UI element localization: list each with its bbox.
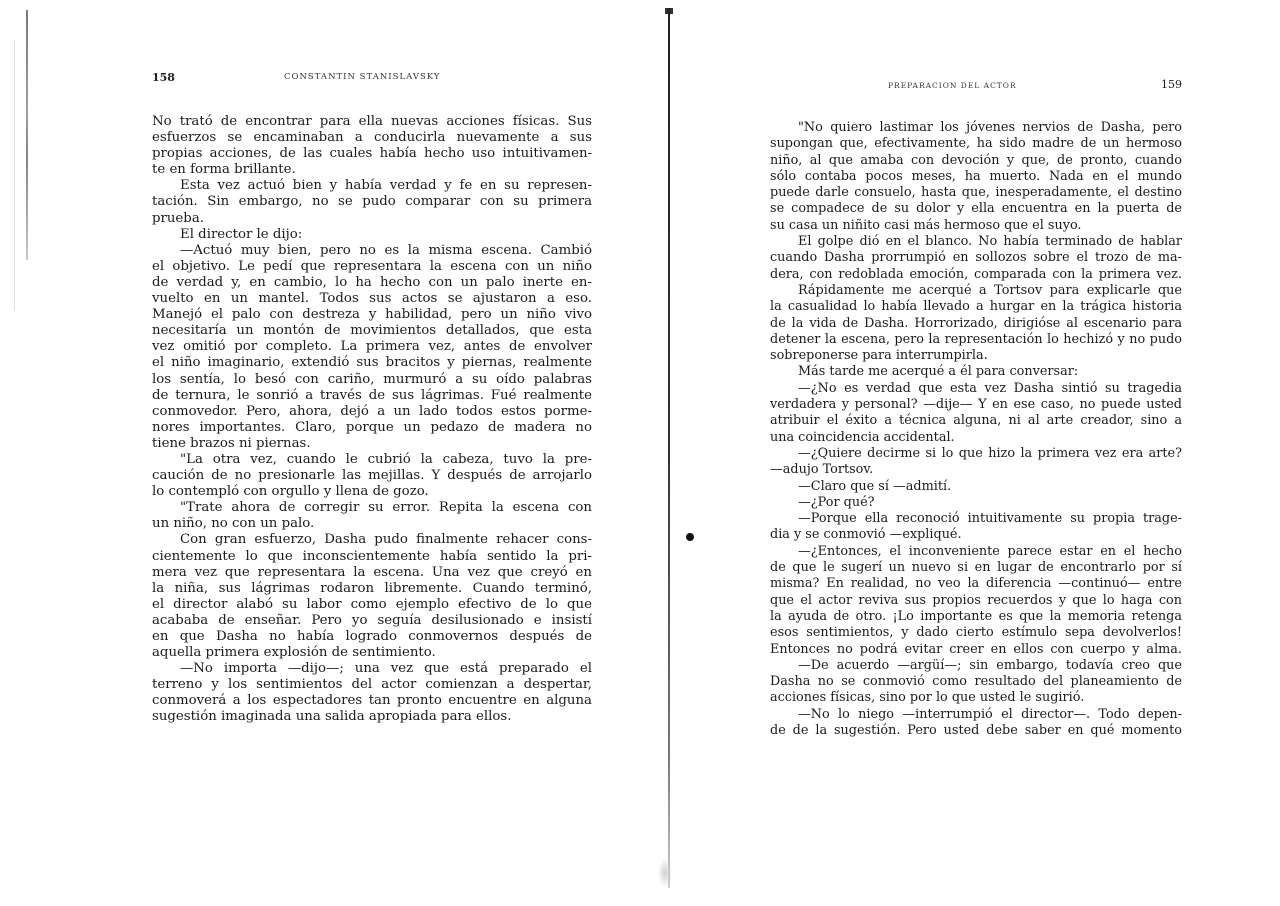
text-line: aquella primera explosión de sentimiento… [152, 645, 592, 661]
text-line: —Porque ella reconoció intuitivamente su… [770, 511, 1182, 527]
text-line: acciones físicas, sino por lo que usted … [770, 690, 1182, 706]
text-line: necesitaría un montón de movimientos det… [152, 323, 592, 339]
page-body: No trató de encontrar para ella nuevas a… [152, 114, 592, 726]
text-line: —Actuó muy bien, pero no es la misma esc… [152, 243, 592, 259]
page-number: 159 [1161, 78, 1182, 91]
text-line: "Trate ahora de corregir su error. Repit… [152, 500, 592, 516]
page-number: 158 [152, 71, 175, 84]
text-line: Con gran esfuerzo, Dasha pudo finalmente… [152, 532, 592, 548]
text-line: tiene brazos ni piernas. [152, 436, 592, 452]
text-line: Dasha no se conmovió como resultado del … [770, 674, 1182, 690]
text-line: en que Dasha no había logrado conmoverno… [152, 629, 592, 645]
text-line: dera, con redoblada emoción, comparada c… [770, 267, 1182, 283]
book-gutter-line [668, 8, 670, 888]
scan-edge-shadow [14, 40, 15, 310]
text-line: se compadece de su dolor y ella encuentr… [770, 201, 1182, 217]
text-line: No trató de encontrar para ella nuevas a… [152, 114, 592, 130]
text-line: prueba. [152, 211, 592, 227]
text-line: de ternura, le sonrió a través de sus lá… [152, 388, 592, 404]
text-line: detener la escena, pero la representació… [770, 332, 1182, 348]
text-line: de verdad y, en cambio, lo ha hecho con … [152, 275, 592, 291]
running-head: CONSTANTIN STANISLAVSKY [284, 72, 441, 82]
text-line: conmoverá a los espectadores tan pronto … [152, 693, 592, 709]
text-line: de la vida de Dasha. Horrorizado, dirigi… [770, 316, 1182, 332]
text-line: propias acciones, de las cuales había he… [152, 146, 592, 162]
text-line: cientemente lo que inconscientemente hab… [152, 549, 592, 565]
text-line: sugestión imaginada una salida apropiada… [152, 709, 592, 725]
text-line: El director le dijo: [152, 227, 592, 243]
text-line: un niño, no con un palo. [152, 516, 592, 532]
text-line: cuando Dasha prorrumpió en sollozos sobr… [770, 250, 1182, 266]
text-line: el niño imaginario, extendió sus bracito… [152, 355, 592, 371]
text-line: sobreponerse para interrumpirla. [770, 348, 1182, 364]
text-line: dia y se conmovió —expliqué. [770, 527, 1182, 543]
text-line: Rápidamente me acerqué a Tortsov para ex… [770, 283, 1182, 299]
scan-edge-artifact [26, 10, 28, 260]
text-line: atribuir el éxito a técnica alguna, ni a… [770, 413, 1182, 429]
text-line: —¿Quiere decirme si lo que hizo la prime… [770, 446, 1182, 462]
scanned-book-spread: 158 CONSTANTIN STANISLAVSKY No trató de … [0, 0, 1280, 906]
running-head: PREPARACION DEL ACTOR [888, 81, 1017, 90]
text-line: vez omitió por completo. La primera vez,… [152, 339, 592, 355]
text-line: tación. Sin embargo, no se pudo comparar… [152, 194, 592, 210]
text-line: —No lo niego —interrumpió el director—. … [770, 707, 1182, 723]
text-line: lo contempló con orgullo y llena de gozo… [152, 484, 592, 500]
text-line: "No quiero lastimar los jóvenes nervios … [770, 120, 1182, 136]
text-line: caución de no presionarle las mejillas. … [152, 468, 592, 484]
text-line: Manejó el palo con destreza y habilidad,… [152, 307, 592, 323]
text-line: supongan que, efectivamente, ha sido mad… [770, 136, 1182, 152]
text-line: te en forma brillante. [152, 162, 592, 178]
text-line: —¿Entonces, el inconveniente parece esta… [770, 544, 1182, 560]
text-line: nores importantes. Claro, porque un peda… [152, 420, 592, 436]
text-line: —¿Por qué? [770, 495, 1182, 511]
text-line: la casualidad lo había llevado a hurgar … [770, 299, 1182, 315]
text-line: su casa un niñito casi más hermoso que e… [770, 218, 1182, 234]
text-line: puede darle consuelo, hasta que, inesper… [770, 185, 1182, 201]
text-line: El golpe dió en el blanco. No había term… [770, 234, 1182, 250]
text-line: Entonces no podrá evitar creer en ellos … [770, 642, 1182, 658]
text-line: Esta vez actuó bien y había verdad y fe … [152, 178, 592, 194]
text-line: la niña, sus lágrimas rodaron libremente… [152, 581, 592, 597]
text-line: conmovedor. Pero, ahora, dejó a un lado … [152, 404, 592, 420]
text-line: terreno y los sentimientos del actor com… [152, 677, 592, 693]
text-line: los sentía, lo besó con cariño, murmuró … [152, 372, 592, 388]
text-line: mera vez que representara la escena. Una… [152, 565, 592, 581]
text-line: vuelto en un mantel. Todos sus actos se … [152, 291, 592, 307]
text-line: verdadera y personal? —dije— Y en ese ca… [770, 397, 1182, 413]
text-line: esfuerzos se encaminaban a conducirla nu… [152, 130, 592, 146]
text-line: —No importa —dijo—; una vez que está pre… [152, 661, 592, 677]
text-line: "La otra vez, cuando le cubrió la cabeza… [152, 452, 592, 468]
text-line: sólo contaba pocos meses, ha muerto. Nad… [770, 169, 1182, 185]
text-line: —Claro que sí —admití. [770, 479, 1182, 495]
text-line: una coincidencia accidental. [770, 430, 1182, 446]
text-line: el director alabó su labor como ejemplo … [152, 597, 592, 613]
text-line: de que le sugerí un nuevo si en lugar de… [770, 560, 1182, 576]
gutter-smudge [658, 858, 672, 888]
text-line: esos sentimientos, y dado cierto estímul… [770, 625, 1182, 641]
text-line: Más tarde me acerqué a él para conversar… [770, 364, 1182, 380]
text-line: niño, al que amaba con devoción y que, d… [770, 153, 1182, 169]
text-line: —adujo Tortsov. [770, 462, 1182, 478]
text-line: que el actor reviva sus propios recuerdo… [770, 593, 1182, 609]
text-line: acababa de enseñar. Pero yo seguía desil… [152, 613, 592, 629]
text-line: la ayuda de otro. ¡Lo importante es que … [770, 609, 1182, 625]
text-line: —De acuerdo —argüí—; sin embargo, todaví… [770, 658, 1182, 674]
text-line: el objetivo. Le pedí que representara la… [152, 259, 592, 275]
page-body: "No quiero lastimar los jóvenes nervios … [770, 120, 1182, 739]
text-line: —¿No es verdad que esta vez Dasha sintió… [770, 381, 1182, 397]
text-line: de de la sugestión. Pero usted debe sabe… [770, 723, 1182, 739]
text-line: misma? En realidad, no veo la diferencia… [770, 576, 1182, 592]
ink-dot [686, 533, 694, 541]
